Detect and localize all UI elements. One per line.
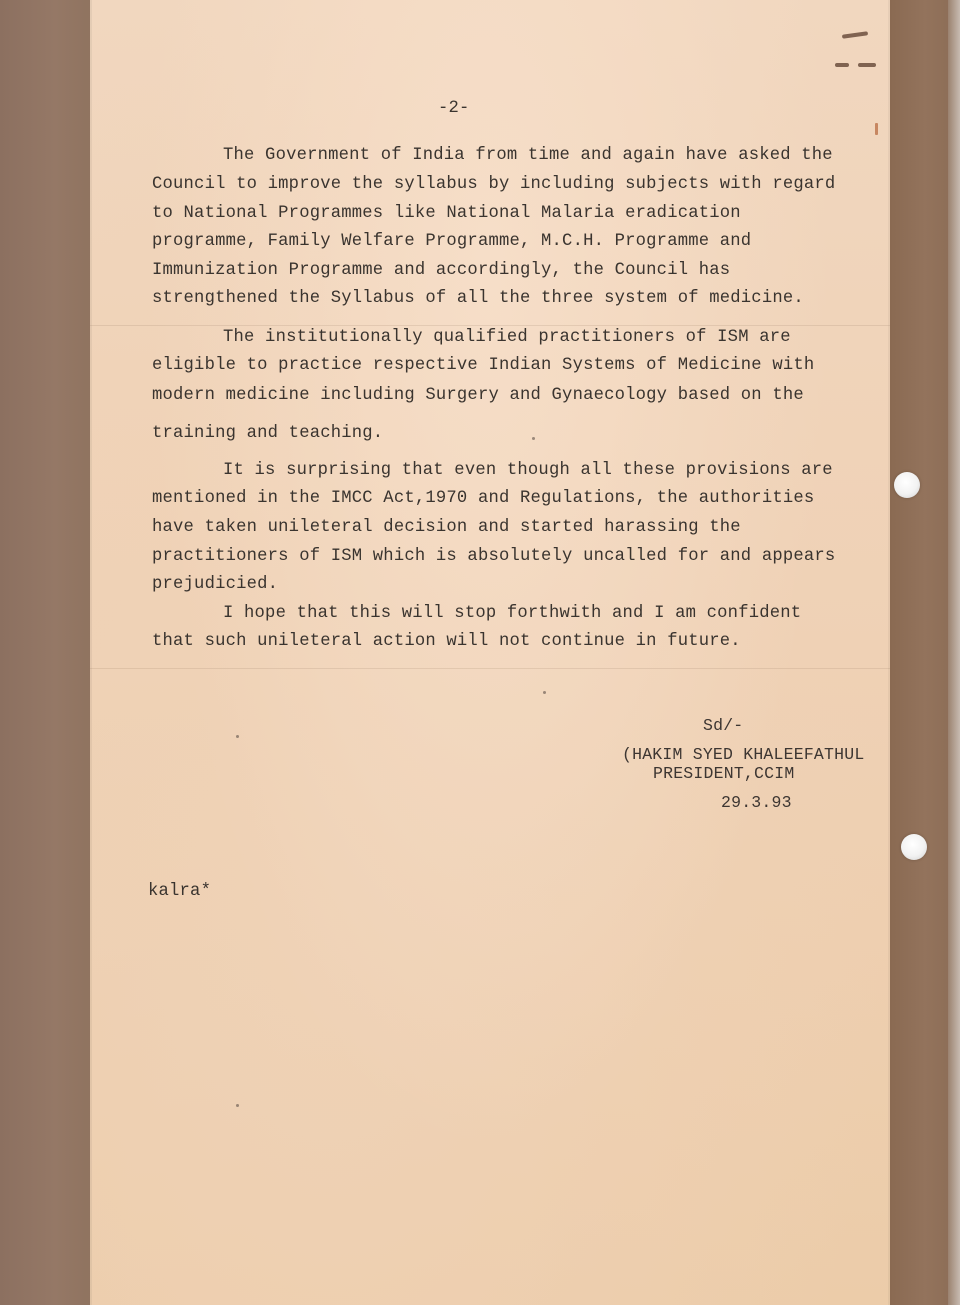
punch-hole [894,472,920,498]
paragraph-3-line-4: practitioners of ISM which is absolutely… [152,547,835,566]
ink-smudge [835,63,849,67]
backing-board-edge [948,0,960,1305]
typist-reference: kalra* [148,882,211,901]
signature-date: 29.3.93 [721,793,792,812]
paragraph-1-line-1: The Government of India from time and ag… [223,146,833,165]
speck [236,1104,239,1107]
speck [236,735,239,738]
page-number: -2- [438,99,470,118]
paragraph-2-line-4: training and teaching. [152,424,383,443]
signatory-title: PRESIDENT,CCIM [653,764,794,783]
paragraph-4-line-1: I hope that this will stop forthwith and… [223,604,801,623]
paper-fold [90,325,890,326]
paragraph-3-line-5: prejudicied. [152,575,278,594]
paragraph-1-line-5: Immunization Programme and accordingly, … [152,261,730,280]
signature-sd: Sd/- [703,716,743,735]
speck [532,437,535,440]
rust-mark [875,123,878,135]
ink-smudge [858,63,876,67]
paragraph-1-line-2: Council to improve the syllabus by inclu… [152,175,835,194]
speck [543,691,546,694]
paragraph-1-line-6: strengthened the Syllabus of all the thr… [152,289,804,308]
paper-fold [90,668,890,669]
paragraph-1-line-3: to National Programmes like National Mal… [152,204,741,223]
paragraph-3-line-2: mentioned in the IMCC Act,1970 and Regul… [152,489,814,508]
signatory-name: (HAKIM SYED KHALEEFATHUL [622,745,864,764]
paragraph-2-line-1: The institutionally qualified practition… [223,328,791,347]
paper-sheet [90,0,890,1305]
paragraph-3-line-1: It is surprising that even though all th… [223,461,833,480]
punch-hole [901,834,927,860]
paragraph-3-line-3: have taken unileteral decision and start… [152,518,741,537]
backing-board-left [0,0,92,1305]
paragraph-2-line-3: modern medicine including Surgery and Gy… [152,386,804,405]
paragraph-1-line-4: programme, Family Welfare Programme, M.C… [152,232,751,251]
paragraph-4-line-2: that such unileteral action will not con… [152,632,741,651]
paragraph-2-line-2: eligible to practice respective Indian S… [152,356,814,375]
